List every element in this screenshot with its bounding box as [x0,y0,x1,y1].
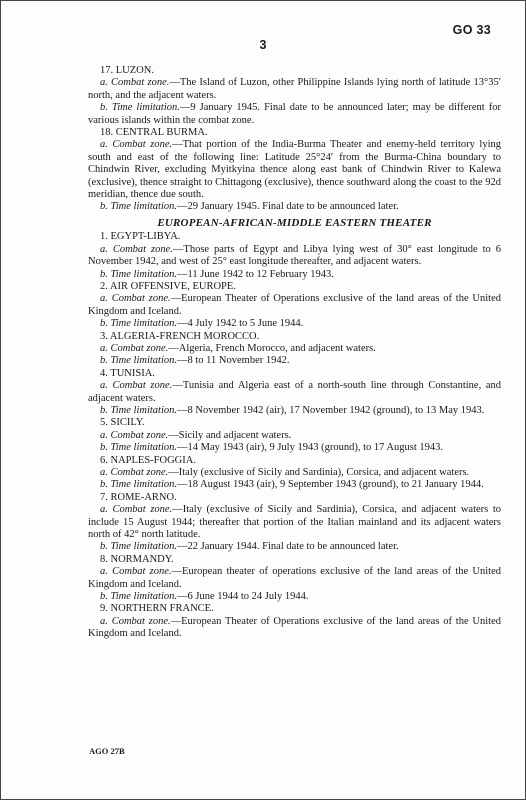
time-limitation-label: b. Time limitation. [100,102,180,113]
time-limitation-paragraph: b. Time limitation.—8 November 1942 (air… [88,405,501,417]
time-limitation-text: —29 January 1945. Final date to be annou… [177,201,399,212]
theater-heading: EUROPEAN-AFRICAN-MIDDLE EASTERN THEATER [88,217,501,229]
combat-zone-text: —Italy (exclusive of Sicily and Sardinia… [168,467,469,478]
combat-zone-paragraph: a. Combat zone.—Italy (exclusive of Sici… [88,504,501,541]
campaign-heading: 5. SICILY. [88,417,501,429]
combat-zone-text: —Algeria, French Morocco, and adjacent w… [168,343,376,354]
time-limitation-label: b. Time limitation. [100,591,177,602]
combat-zone-paragraph: a. Combat zone.—Italy (exclusive of Sici… [88,467,501,479]
campaign-section: 1. EGYPT-LIBYA.a. Combat zone.—Those par… [88,231,501,281]
time-limitation-label: b. Time limitation. [100,355,177,366]
combat-zone-paragraph: a. Combat zone.—European theater of oper… [88,566,501,591]
campaign-section: 7. ROME-ARNO.a. Combat zone.—Italy (excl… [88,492,501,554]
time-limitation-paragraph: b. Time limitation.—18 August 1943 (air)… [88,479,501,491]
combat-zone-label: a. Combat zone. [100,616,171,627]
campaign-section: 17. LUZON.a. Combat zone.—The Island of … [88,65,501,127]
time-limitation-paragraph: b. Time limitation.—11 June 1942 to 12 F… [88,269,501,281]
time-limitation-paragraph: b. Time limitation.—6 June 1944 to 24 Ju… [88,591,501,603]
time-limitation-label: b. Time limitation. [100,479,177,490]
combat-zone-paragraph: a. Combat zone.—Those parts of Egypt and… [88,244,501,269]
combat-zone-paragraph: a. Combat zone.—European Theater of Oper… [88,293,501,318]
campaign-section: 5. SICILY.a. Combat zone.—Sicily and adj… [88,417,501,454]
campaign-section: 18. CENTRAL BURMA.a. Combat zone.—That p… [88,127,501,214]
document-page: GO 33 3 17. LUZON.a. Combat zone.—The Is… [0,0,526,800]
combat-zone-paragraph: a. Combat zone.—The Island of Luzon, oth… [88,77,501,102]
campaign-section: 4. TUNISIA.a. Combat zone.—Tunisia and A… [88,368,501,418]
campaign-section: 2. AIR OFFENSIVE, EUROPE.a. Combat zone.… [88,281,501,331]
combat-zone-label: a. Combat zone. [100,139,172,150]
combat-zone-label: a. Combat zone. [100,343,168,354]
campaign-heading: 3. ALGERIA-FRENCH MOROCCO. [88,331,501,343]
time-limitation-label: b. Time limitation. [100,405,177,416]
theater-sections: 1. EGYPT-LIBYA.a. Combat zone.—Those par… [88,231,501,640]
campaign-section: 8. NORMANDY.a. Combat zone.—European the… [88,554,501,604]
time-limitation-label: b. Time limitation. [100,269,177,280]
time-limitation-text: —22 January 1944. Final date to be annou… [177,541,399,552]
campaign-heading: 4. TUNISIA. [88,368,501,380]
time-limitation-text: —18 August 1943 (air), 9 September 1943 … [177,479,484,490]
time-limitation-label: b. Time limitation. [100,541,177,552]
time-limitation-text: —14 May 1943 (air), 9 July 1943 (ground)… [177,442,443,453]
combat-zone-paragraph: a. Combat zone.—European Theater of Oper… [88,616,501,641]
campaign-heading: 9. NORTHERN FRANCE. [88,603,501,615]
campaign-section: 9. NORTHERN FRANCE.a. Combat zone.—Europ… [88,603,501,640]
time-limitation-text: —8 November 1942 (air), 17 November 1942… [177,405,484,416]
combat-zone-label: a. Combat zone. [100,430,168,441]
campaign-section: 6. NAPLES-FOGGIA.a. Combat zone.—Italy (… [88,455,501,492]
time-limitation-text: —4 July 1942 to 5 June 1944. [177,318,303,329]
campaign-heading: 6. NAPLES-FOGGIA. [88,455,501,467]
time-limitation-label: b. Time limitation. [100,442,177,453]
time-limitation-text: —6 June 1944 to 24 July 1944. [177,591,309,602]
combat-zone-paragraph: a. Combat zone.—Algeria, French Morocco,… [88,343,501,355]
time-limitation-paragraph: b. Time limitation.—22 January 1944. Fin… [88,541,501,553]
combat-zone-paragraph: a. Combat zone.—Tunisia and Algeria east… [88,380,501,405]
campaign-heading: 8. NORMANDY. [88,554,501,566]
time-limitation-paragraph: b. Time limitation.—8 to 11 November 194… [88,355,501,367]
document-code: GO 33 [453,23,491,37]
campaign-heading: 7. ROME-ARNO. [88,492,501,504]
campaign-heading: 1. EGYPT-LIBYA. [88,231,501,243]
combat-zone-paragraph: a. Combat zone.—That portion of the Indi… [88,139,501,201]
campaign-heading: 2. AIR OFFENSIVE, EUROPE. [88,281,501,293]
time-limitation-paragraph: b. Time limitation.—9 January 1945. Fina… [88,102,501,127]
time-limitation-paragraph: b. Time limitation.—29 January 1945. Fin… [88,201,501,213]
time-limitation-paragraph: b. Time limitation.—4 July 1942 to 5 Jun… [88,318,501,330]
time-limitation-paragraph: b. Time limitation.—14 May 1943 (air), 9… [88,442,501,454]
combat-zone-label: a. Combat zone. [100,77,169,88]
time-limitation-label: b. Time limitation. [100,201,177,212]
time-limitation-text: —8 to 11 November 1942. [177,355,289,366]
combat-zone-label: a. Combat zone. [100,244,173,255]
time-limitation-text: —11 June 1942 to 12 February 1943. [177,269,334,280]
pacific-sections: 17. LUZON.a. Combat zone.—The Island of … [88,65,501,214]
combat-zone-text: —Sicily and adjacent waters. [168,430,291,441]
campaign-section: 3. ALGERIA-FRENCH MOROCCO.a. Combat zone… [88,331,501,368]
combat-zone-paragraph: a. Combat zone.—Sicily and adjacent wate… [88,430,501,442]
combat-zone-label: a. Combat zone. [100,293,171,304]
document-body: 17. LUZON.a. Combat zone.—The Island of … [88,65,501,641]
campaign-heading: 17. LUZON. [88,65,501,77]
time-limitation-label: b. Time limitation. [100,318,177,329]
combat-zone-label: a. Combat zone. [100,504,172,515]
form-code: AGO 27B [89,746,125,756]
page-number: 3 [1,38,525,52]
combat-zone-label: a. Combat zone. [100,566,172,577]
combat-zone-label: a. Combat zone. [100,467,168,478]
combat-zone-label: a. Combat zone. [100,380,172,391]
campaign-heading: 18. CENTRAL BURMA. [88,127,501,139]
